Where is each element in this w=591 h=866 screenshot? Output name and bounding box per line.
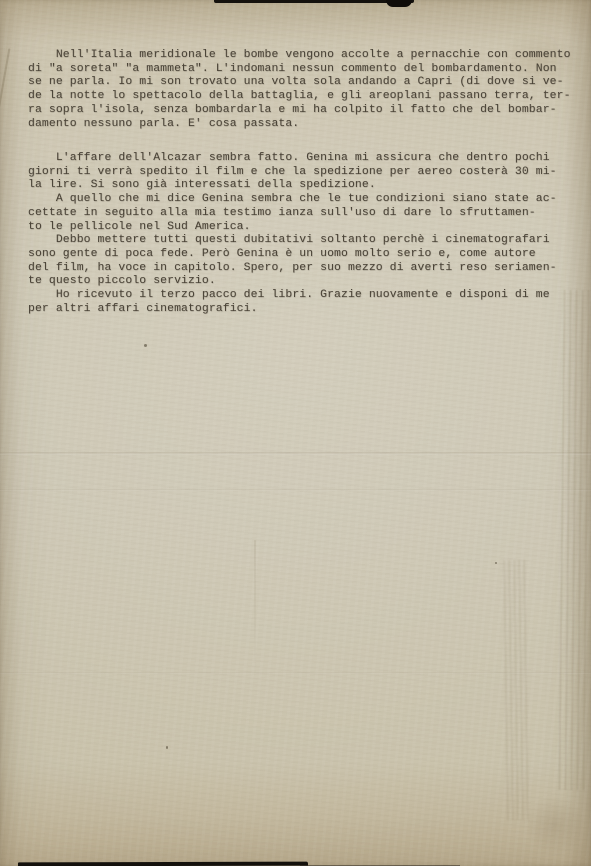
corner-crease: [0, 48, 10, 109]
scanner-artifact-bottom-bar: [18, 862, 308, 866]
ink-speck: [495, 562, 497, 564]
horizontal-fold-line: [0, 452, 591, 455]
paper-stain-streaks: [503, 560, 529, 820]
scanned-letter-page: Nell'Italia meridionale le bombe vengono…: [0, 0, 591, 866]
ink-speck: [144, 344, 147, 347]
scanner-artifact-top-blob: [386, 0, 412, 7]
paper-stain: [525, 795, 585, 855]
vertical-fold-line: [254, 540, 256, 680]
horizontal-fold-line: [0, 672, 591, 674]
letter-paragraph-block-1: Nell'Italia meridionale le bombe vengono…: [28, 49, 580, 131]
ink-speck: [166, 746, 168, 749]
letter-paragraph-block-2: L'affare dell'Alcazar sembra fatto. Geni…: [28, 152, 580, 316]
paper-stain-streaks: [558, 290, 589, 790]
scanner-artifact-top-bar: [214, 0, 414, 3]
horizontal-fold-line: [0, 489, 591, 491]
